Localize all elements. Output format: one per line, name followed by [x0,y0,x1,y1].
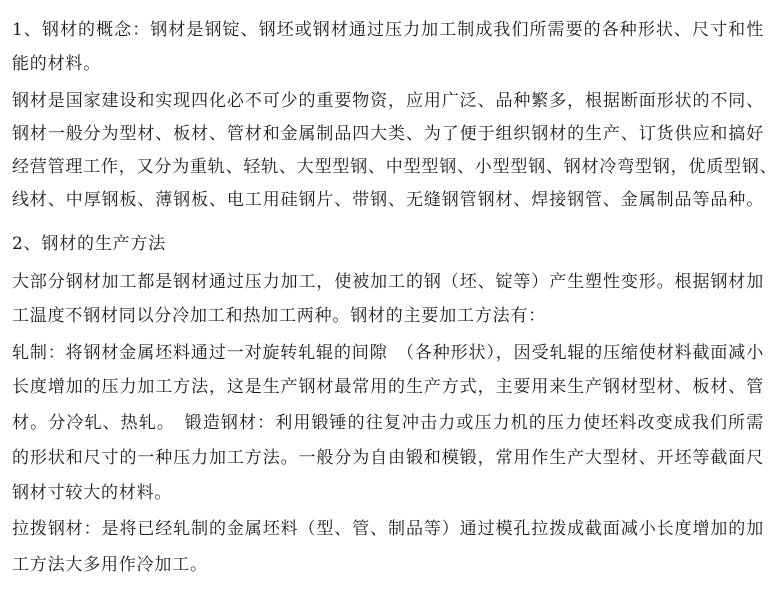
text-line: 轧制：将钢材金属坯料通过一对旋转轧辊的间隙 （各种形状），因受轧辊的压缩使材料截… [12,341,764,365]
section-2-heading: 2、钢材的生产方法 [12,232,166,256]
text-line: 线材、中厚钢板、薄钢板、电工用硅钢片、带钢、无缝钢管钢材、焊接钢管、金属制品等品… [12,188,764,212]
text-line: 工方法大多用作冷加工。 [12,553,208,577]
text-line: 大部分钢材加工都是钢材通过压力加工，使被加工的钢（坯、锭等）产生塑性变形。根据钢… [12,270,764,294]
text-line: 的形状和尺寸的一种压力加工方法。一般分为自由锻和模锻，常用作生产大型材、开坯等截… [12,446,764,470]
text-line: 材。分冷轧、热轧。 锻造钢材：利用锻锤的往复冲击力或压力机的压力使坯料改变成我们… [12,411,764,435]
text-line: 钢材是国家建设和实现四化必不可少的重要物资，应用广泛、品种繁多，根据断面形状的不… [12,89,764,113]
section-1-heading-line: 1、钢材的概念：钢材是钢锭、钢坯或钢材通过压力加工制成我们所需要的各种形状、尺寸… [12,18,764,42]
document-page: 1、钢材的概念：钢材是钢锭、钢坯或钢材通过压力加工制成我们所需要的各种形状、尺寸… [0,0,780,612]
text-line: 钢材一般分为型材、板材、管材和金属制品四大类、为了便于组织钢材的生产、订货供应和… [12,122,764,146]
text-line: 钢材寸较大的材料。 [12,481,172,505]
text-line: 能的材料。 [12,52,101,76]
text-line: 经营管理工作，又分为重轨、轻轨、大型型钢、中型型钢、小型型钢、钢材冷弯型钢，优质… [12,155,764,179]
text-line: 工温度不钢材同以分冷加工和热加工两种。钢材的主要加工方法有： [12,304,546,328]
text-line: 长度增加的压力加工方法，这是生产钢材最常用的生产方式，主要用来生产钢材型材、板材… [12,375,764,399]
text-line: 拉拨钢材：是将已经轧制的金属坯料（型、管、制品等）通过模孔拉拨成截面减小长度增加… [12,517,764,541]
